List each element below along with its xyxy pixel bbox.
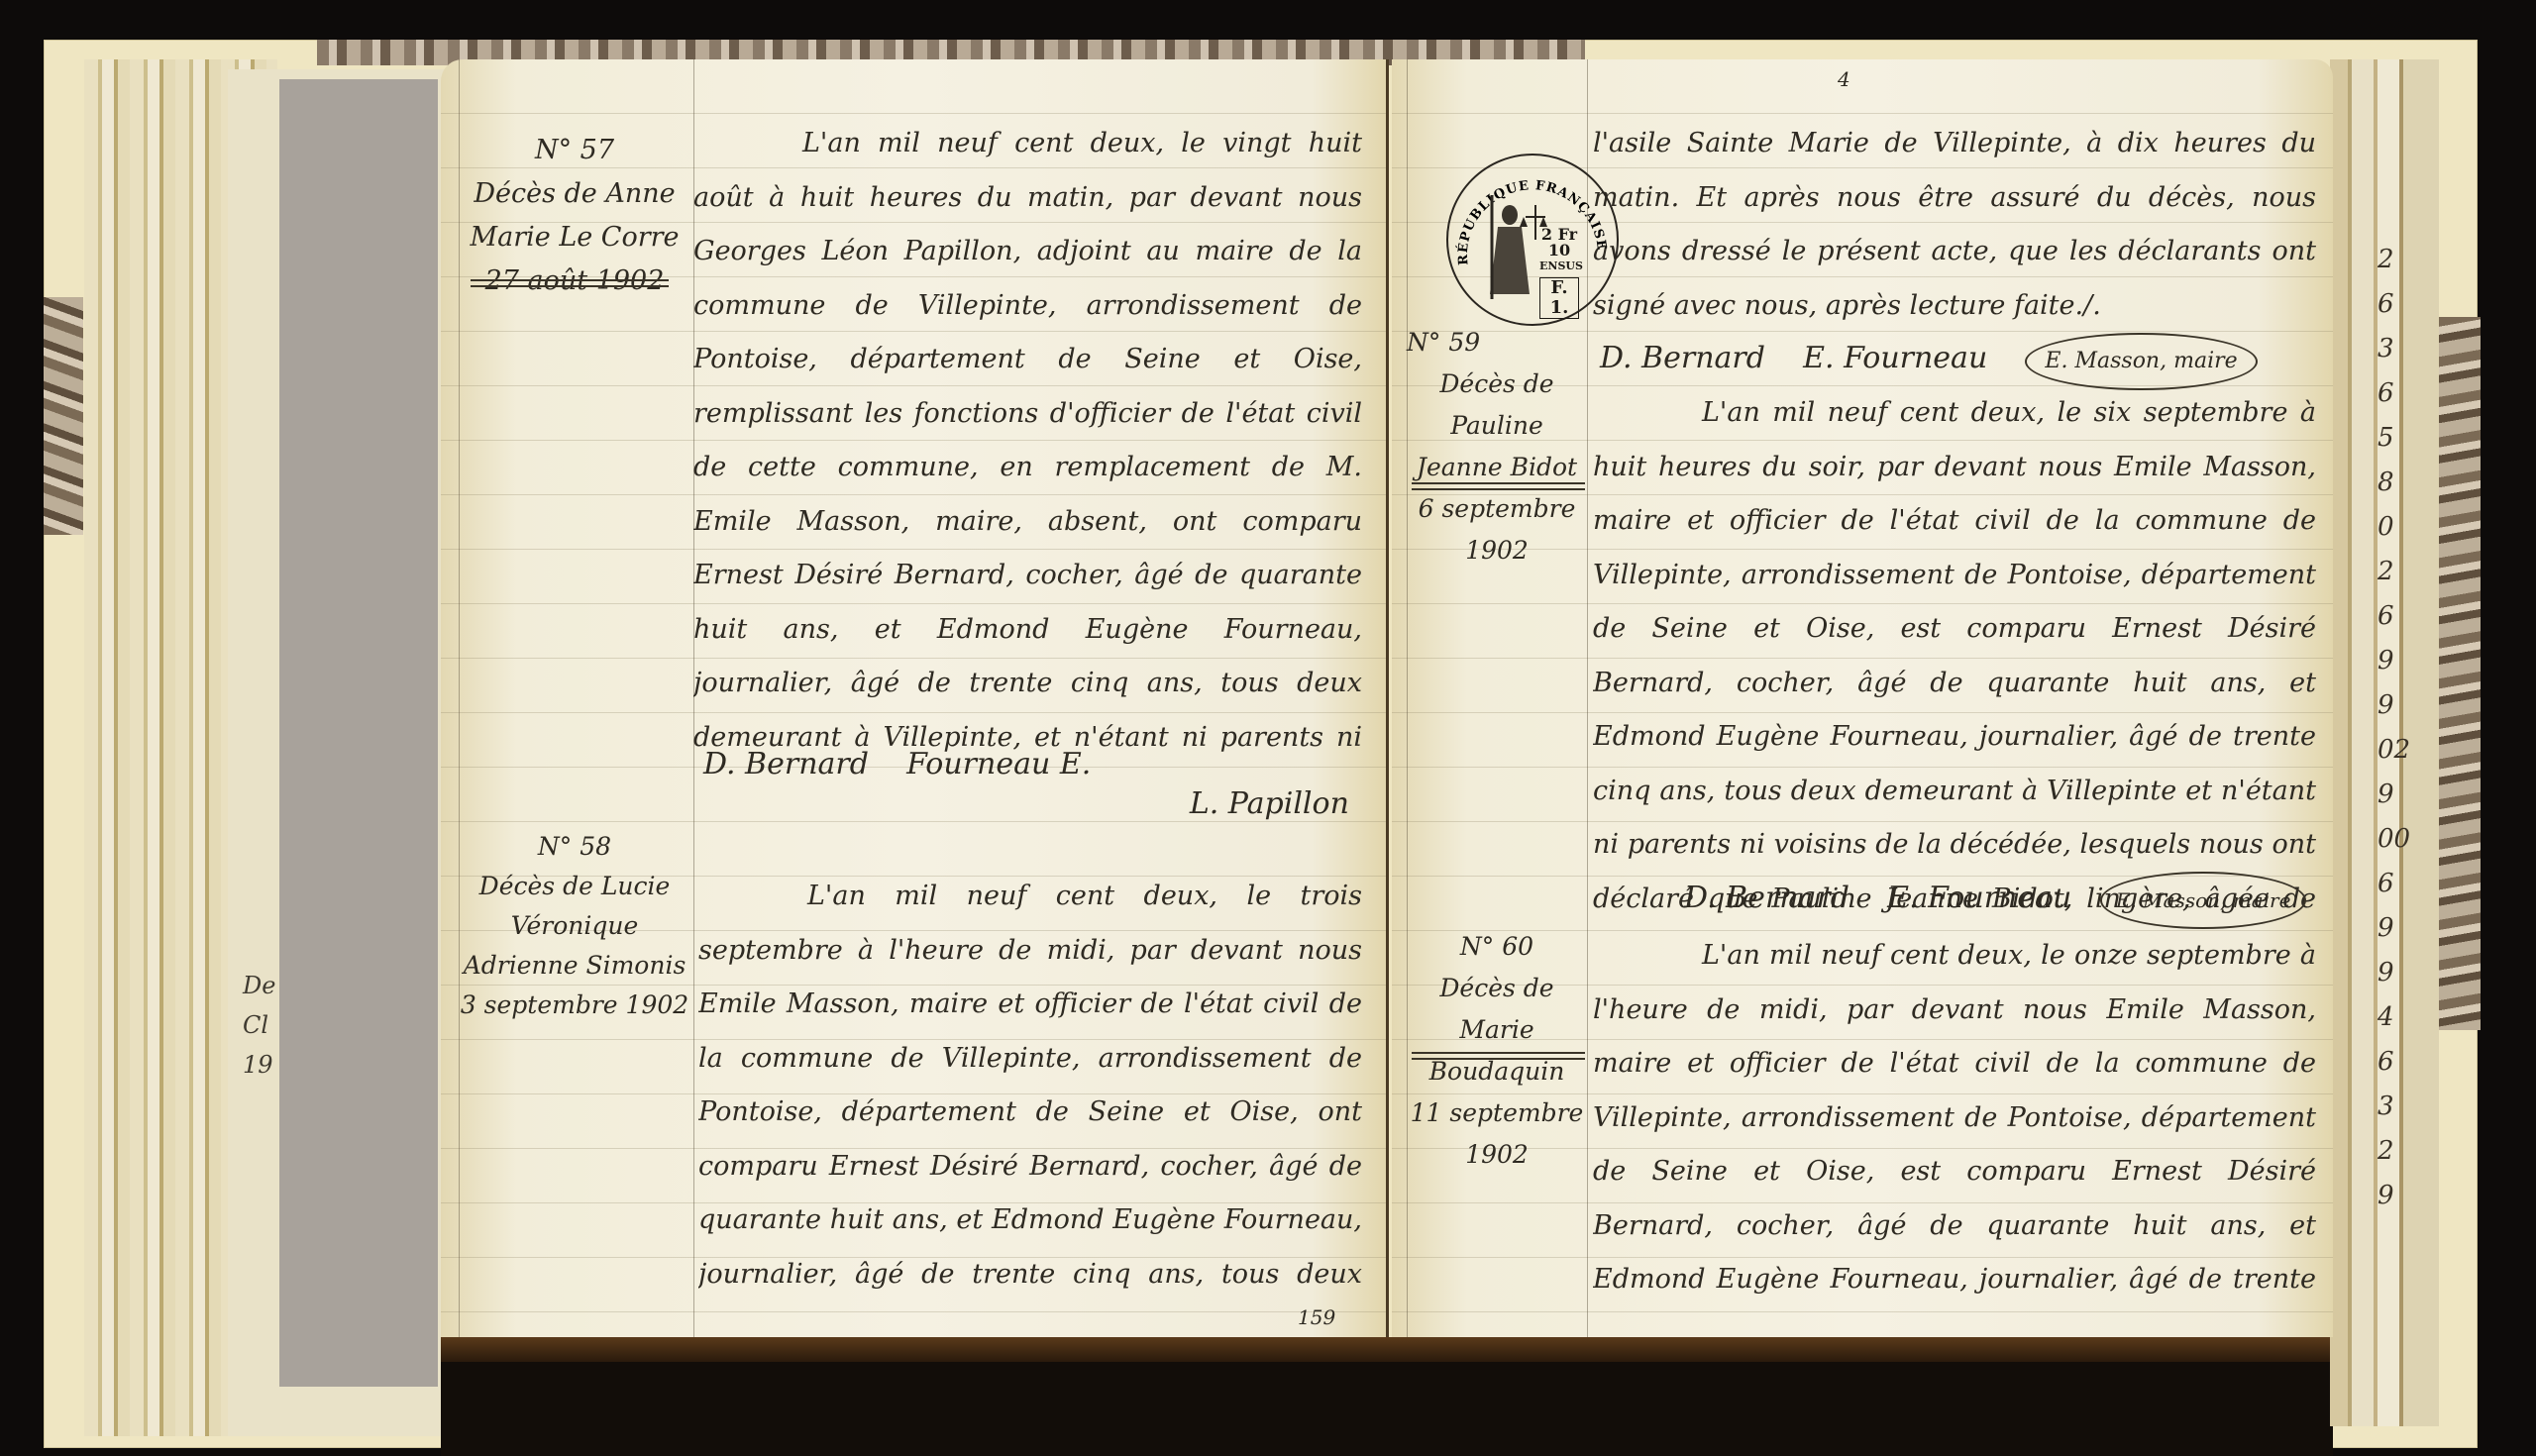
entry-divider [1412, 1052, 1585, 1060]
signature-papillon: L. Papillon [1190, 786, 1349, 821]
page-number-left: 159 [1298, 1305, 1335, 1329]
entry-57-signatures: D. Bernard Fourneau E. L. Papillon [703, 738, 1377, 791]
entry-number: N° 60 [1407, 926, 1587, 968]
entry-60-margin: N° 60 Décès de Marie Boudaquin 11 septem… [1407, 926, 1587, 1176]
stamp-value: 2 Fr 10 ENSUS F. 1. [1539, 227, 1579, 319]
marbled-cover-left [44, 297, 83, 535]
book-cover-edge [441, 1337, 2333, 1362]
entry-divider [1412, 482, 1585, 490]
svg-text:RÉPUBLIQUE FRANÇAISE: RÉPUBLIQUE FRANÇAISE [1455, 178, 1609, 265]
book-gutter [1386, 59, 1389, 1337]
gray-insert-sheet [279, 79, 438, 1387]
entry-60-body: L'an mil neuf cent deux, le onze septemb… [1593, 929, 2316, 1310]
entry-57-margin: N° 57 Décès de Anne Marie Le Corre 27 ao… [466, 129, 684, 303]
entry-59-body: L'an mil neuf cent deux, le six septembr… [1593, 386, 2316, 927]
entry-58-margin: N° 58 Décès de Lucie Véronique Adrienne … [451, 827, 698, 1025]
marbled-cover-right [2437, 317, 2481, 1030]
signature-masson: E. Masson, maire [2025, 333, 2257, 390]
entry-number: N° 59 [1407, 322, 1587, 364]
entry-59-margin: N° 59 Décès de Pauline Jeanne Bidot 6 se… [1407, 322, 1587, 572]
book-cover-shadow [441, 1362, 2333, 1456]
entry-58-signatures: D. Bernard E. Fourneau E. Masson, maire [1600, 332, 2313, 390]
entry-divider [471, 279, 669, 287]
stamp-ring-icon: RÉPUBLIQUE FRANÇAISE [1448, 156, 1617, 324]
entry-59-signatures: D. Bernard E. Fourneau E. Masson, maire [1684, 872, 2318, 929]
entry-58-continuation: l'asile Sainte Marie de Villepinte, à di… [1593, 117, 2316, 333]
signature-masson: E. Masson, maire [2100, 872, 2307, 929]
page-number-right: 4 [1838, 67, 1850, 91]
tax-stamp: RÉPUBLIQUE FRANÇAISE 2 Fr 10 ENSUS F. 1. [1446, 154, 1619, 326]
right-edge-tally: 2 6 3 6 5 8 0 2 6 9 9 02 9 00 6 9 9 4 6 … [2377, 238, 2417, 1218]
entry-number: N° 57 [466, 129, 684, 172]
margin-rule-left-outer [459, 59, 460, 1337]
entry-57-body: L'an mil neuf cent deux, le vingt huit a… [693, 117, 1362, 771]
entry-number: N° 58 [451, 827, 698, 867]
entry-58-body: L'an mil neuf cent deux, le trois septem… [698, 870, 1362, 1305]
